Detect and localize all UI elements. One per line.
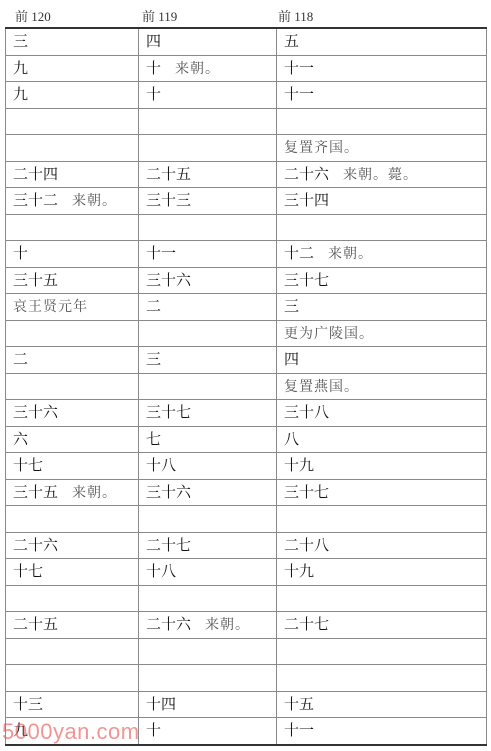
year-number: 六 xyxy=(13,430,28,448)
table-cell xyxy=(139,665,277,692)
table-cell: 二十六来朝。 xyxy=(139,612,277,639)
table-row: 十三十四十五 xyxy=(6,691,487,718)
table-cell: 三十六 xyxy=(139,479,277,506)
year-number: 四 xyxy=(284,350,299,368)
table-cell xyxy=(6,373,139,400)
table-cell: 二十五 xyxy=(6,612,139,639)
table-row: 十七十八十九 xyxy=(6,559,487,586)
table-cell: 二十八 xyxy=(277,532,487,559)
table-cell xyxy=(6,108,139,135)
year-number: 十八 xyxy=(146,456,176,474)
year-number: 十三 xyxy=(13,695,43,713)
table-cell: 八 xyxy=(277,426,487,453)
table-cell: 十九 xyxy=(277,559,487,586)
table-body: 三四五九十来朝。十一九十十一复置齐国。二十四二十五二十六来朝。薨。三十二来朝。三… xyxy=(6,28,487,745)
table-row: 十七十八十九 xyxy=(6,453,487,480)
year-number: 八 xyxy=(284,430,299,448)
year-number: 三十四 xyxy=(284,191,329,209)
table-cell: 七 xyxy=(139,426,277,453)
table-row: 三四五 xyxy=(6,28,487,55)
year-number: 十五 xyxy=(284,695,314,713)
annotation-text: 来朝。 xyxy=(72,485,117,501)
year-number: 二十七 xyxy=(146,536,191,554)
year-number: 十 xyxy=(146,59,161,77)
year-number: 三十五 xyxy=(13,271,58,289)
year-number: 十一 xyxy=(284,85,314,103)
year-number: 二十七 xyxy=(284,615,329,633)
table-cell: 三十五来朝。 xyxy=(6,479,139,506)
table-cell: 九 xyxy=(6,55,139,82)
year-number: 十九 xyxy=(284,562,314,580)
year-number: 二十六 xyxy=(13,536,58,554)
table-cell: 三十四 xyxy=(277,188,487,215)
table-cell: 四 xyxy=(139,28,277,55)
table-row: 二十六二十七二十八 xyxy=(6,532,487,559)
table-cell: 三十三 xyxy=(139,188,277,215)
table-cell: 九 xyxy=(6,718,139,745)
table-cell xyxy=(139,506,277,533)
year-number: 九 xyxy=(13,721,28,739)
year-number: 三十七 xyxy=(146,403,191,421)
table-cell xyxy=(139,214,277,241)
table-cell: 二十四 xyxy=(6,161,139,188)
table-cell: 十九 xyxy=(277,453,487,480)
year-number: 九 xyxy=(13,59,28,77)
year-number: 三 xyxy=(284,297,299,315)
year-number: 十 xyxy=(146,85,161,103)
table-row: 九十十一 xyxy=(6,718,487,745)
table-row: 二三四 xyxy=(6,347,487,374)
table-cell xyxy=(277,506,487,533)
table-row xyxy=(6,108,487,135)
year-number: 二十六 xyxy=(146,615,191,633)
year-number: 三十七 xyxy=(284,271,329,289)
year-number: 十 xyxy=(146,721,161,739)
header-year-120: 前 120 xyxy=(15,6,51,25)
table-cell: 五 xyxy=(277,28,487,55)
table-cell: 十 xyxy=(139,718,277,745)
year-number: 十四 xyxy=(146,695,176,713)
year-number: 二 xyxy=(13,350,28,368)
table-row: 哀王贤元年二三 xyxy=(6,294,487,321)
table-cell xyxy=(277,108,487,135)
table-cell xyxy=(139,135,277,162)
annotation-text: 来朝。 xyxy=(72,193,117,209)
year-number: 十七 xyxy=(13,456,43,474)
table-cell: 十五 xyxy=(277,691,487,718)
table-cell: 十一 xyxy=(139,241,277,268)
table-row: 复置燕国。 xyxy=(6,373,487,400)
table-row: 十十一十二来朝。 xyxy=(6,241,487,268)
table-cell: 十八 xyxy=(139,559,277,586)
year-number: 七 xyxy=(146,430,161,448)
table-cell: 二十六 xyxy=(6,532,139,559)
table-row: 三十六三十七三十八 xyxy=(6,400,487,427)
table-cell: 二十七 xyxy=(277,612,487,639)
table-cell: 二十六来朝。薨。 xyxy=(277,161,487,188)
header-year-118: 前 118 xyxy=(278,6,313,25)
table-row: 六七八 xyxy=(6,426,487,453)
year-number: 二十四 xyxy=(13,165,58,183)
table-cell: 哀王贤元年 xyxy=(6,294,139,321)
table-cell xyxy=(277,214,487,241)
table-row: 三十五三十六三十七 xyxy=(6,267,487,294)
annotation-text: 来朝。 xyxy=(175,61,220,77)
year-number: 三十六 xyxy=(146,271,191,289)
year-number: 二十五 xyxy=(146,165,191,183)
table-row xyxy=(6,506,487,533)
table-cell: 十一 xyxy=(277,82,487,109)
year-number: 三十二 xyxy=(13,191,58,209)
year-number: 三 xyxy=(13,32,28,50)
table-row: 九十来朝。十一 xyxy=(6,55,487,82)
annotation-text: 来朝。 xyxy=(205,617,250,633)
annotation-text: 来朝。 xyxy=(328,246,373,262)
year-number: 三十五 xyxy=(13,483,58,501)
table-cell: 复置燕国。 xyxy=(277,373,487,400)
table-cell: 三十七 xyxy=(277,479,487,506)
table-cell xyxy=(139,585,277,612)
table-row xyxy=(6,214,487,241)
table-row: 更为广陵国。 xyxy=(6,320,487,347)
table-cell: 三十六 xyxy=(6,400,139,427)
table-cell: 二 xyxy=(6,347,139,374)
table-row: 三十二来朝。三十三三十四 xyxy=(6,188,487,215)
table-cell xyxy=(6,506,139,533)
table-cell xyxy=(6,585,139,612)
table-cell xyxy=(6,638,139,665)
table-cell: 二 xyxy=(139,294,277,321)
table-cell: 九 xyxy=(6,82,139,109)
year-number: 三十八 xyxy=(284,403,329,421)
annotation-text: 复置齐国。 xyxy=(284,140,359,156)
table-cell xyxy=(139,320,277,347)
table-cell xyxy=(6,135,139,162)
table-cell: 复置齐国。 xyxy=(277,135,487,162)
table-cell: 十七 xyxy=(6,559,139,586)
table-cell: 三 xyxy=(277,294,487,321)
year-number: 二十八 xyxy=(284,536,329,554)
table-row: 二十五二十六来朝。二十七 xyxy=(6,612,487,639)
table-row xyxy=(6,585,487,612)
year-number: 三十六 xyxy=(13,403,58,421)
year-number: 五 xyxy=(284,32,299,50)
table-cell xyxy=(6,320,139,347)
table-cell xyxy=(277,585,487,612)
table-cell: 十 xyxy=(139,82,277,109)
table-cell xyxy=(139,373,277,400)
year-number: 三十七 xyxy=(284,483,329,501)
table-cell: 十来朝。 xyxy=(139,55,277,82)
table-cell: 十一 xyxy=(277,55,487,82)
table-row: 九十十一 xyxy=(6,82,487,109)
table-row: 复置齐国。 xyxy=(6,135,487,162)
table-cell: 十一 xyxy=(277,718,487,745)
table-row xyxy=(6,665,487,692)
table-cell: 三十七 xyxy=(277,267,487,294)
year-number: 三十三 xyxy=(146,191,191,209)
table-row xyxy=(6,638,487,665)
year-number: 十一 xyxy=(284,721,314,739)
table-cell: 十四 xyxy=(139,691,277,718)
year-number: 十七 xyxy=(13,562,43,580)
year-number: 二十五 xyxy=(13,615,58,633)
table-cell xyxy=(139,638,277,665)
table-cell xyxy=(277,638,487,665)
table-cell: 六 xyxy=(6,426,139,453)
table-cell: 十三 xyxy=(6,691,139,718)
table-cell: 三十八 xyxy=(277,400,487,427)
table-cell: 十 xyxy=(6,241,139,268)
table-cell xyxy=(6,665,139,692)
column-headers: 前 120 前 119 前 118 xyxy=(0,4,491,26)
table-cell: 三十五 xyxy=(6,267,139,294)
chronology-table: 三四五九十来朝。十一九十十一复置齐国。二十四二十五二十六来朝。薨。三十二来朝。三… xyxy=(5,27,487,746)
year-number: 十 xyxy=(13,244,28,262)
header-year-119: 前 119 xyxy=(142,6,177,25)
year-number: 十二 xyxy=(284,244,314,262)
table-cell: 十七 xyxy=(6,453,139,480)
table-cell xyxy=(6,214,139,241)
table-cell: 三十七 xyxy=(139,400,277,427)
table-cell: 十二来朝。 xyxy=(277,241,487,268)
annotation-text: 来朝。薨。 xyxy=(343,167,418,183)
year-number: 三十六 xyxy=(146,483,191,501)
year-number: 十八 xyxy=(146,562,176,580)
year-number: 十一 xyxy=(146,244,176,262)
year-number: 四 xyxy=(146,32,161,50)
table-cell: 三 xyxy=(6,28,139,55)
table-cell: 四 xyxy=(277,347,487,374)
table-row: 三十五来朝。三十六三十七 xyxy=(6,479,487,506)
table-cell: 二十七 xyxy=(139,532,277,559)
table-cell xyxy=(139,108,277,135)
year-number: 十九 xyxy=(284,456,314,474)
table-cell: 三 xyxy=(139,347,277,374)
table-cell: 三十二来朝。 xyxy=(6,188,139,215)
table-cell: 十八 xyxy=(139,453,277,480)
table-cell: 更为广陵国。 xyxy=(277,320,487,347)
table-cell: 三十六 xyxy=(139,267,277,294)
year-number: 九 xyxy=(13,85,28,103)
table-cell: 二十五 xyxy=(139,161,277,188)
annotation-text: 复置燕国。 xyxy=(284,379,359,395)
year-number: 十一 xyxy=(284,59,314,77)
table-row: 二十四二十五二十六来朝。薨。 xyxy=(6,161,487,188)
year-number: 三 xyxy=(146,350,161,368)
table-cell xyxy=(277,665,487,692)
year-number: 二 xyxy=(146,297,161,315)
annotation-text: 哀王贤元年 xyxy=(13,299,88,315)
year-number: 二十六 xyxy=(284,165,329,183)
annotation-text: 更为广陵国。 xyxy=(284,326,374,342)
